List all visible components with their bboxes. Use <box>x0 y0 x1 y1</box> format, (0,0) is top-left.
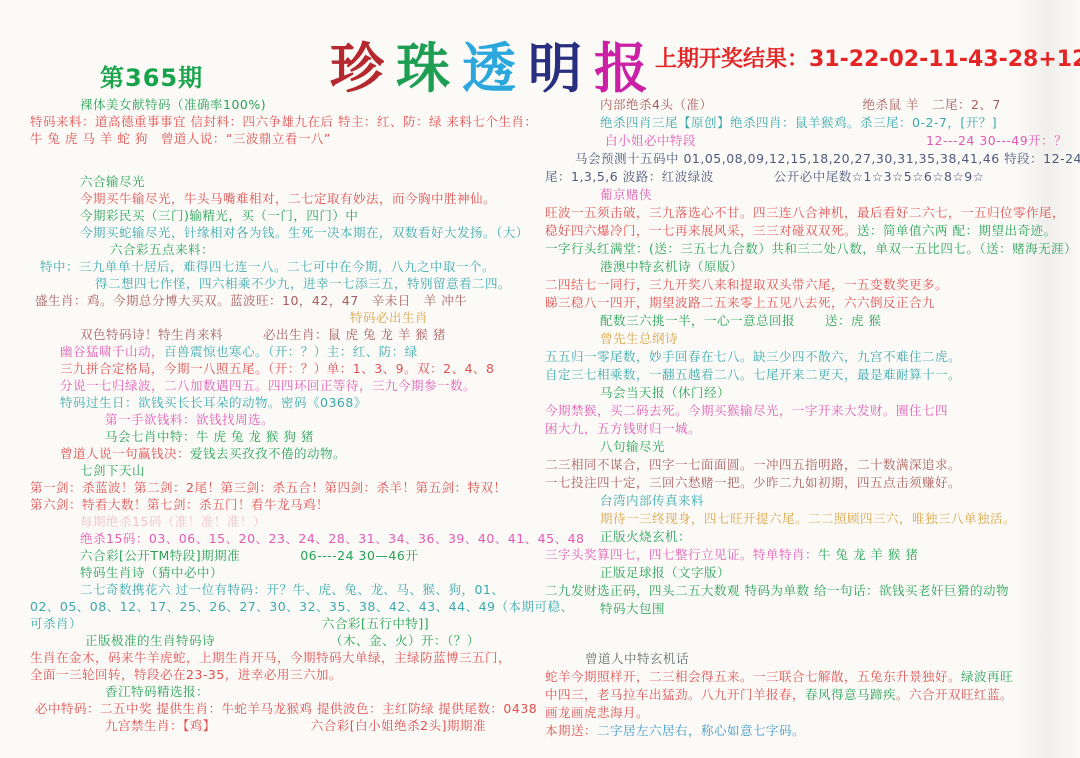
text-line: 全面一三轮回转，特段必在23-35，进幸必用三六加。 <box>30 666 542 683</box>
text-line: 曾道人中特玄机话 <box>545 650 1080 668</box>
text-line: 正版极准的生肖特码诗（木、金、火）开：（？） <box>30 632 542 649</box>
text-line: 稳好四六爆冷门，一七再来展风采，三三对碰双双死。 送：简单值六两 配：期望出奇迹… <box>545 222 1080 240</box>
text-line: 睇三稳八一四开，期望波路二五来零上五见八去死，六六倒反正合九 <box>545 294 1080 312</box>
lottery-tip-sheet: 第365期 珍珠透明报 上期开奖结果：31-22-02-11-43-28+12 … <box>0 0 1080 758</box>
text-line: 马会七肖中特：牛 虎 兔 龙 猴 狗 猪 <box>30 428 542 445</box>
text-line: 可杀肖）六合彩[五行中特]] <box>30 615 542 632</box>
text-line: 幽谷猛啸千山动，百兽震惊也寒心。（开：？）主：红、防：绿 <box>30 343 542 360</box>
text-line: 今期禁猴，买二码去死。今期买猴输尽光，一字开来大发财。圈住七四 <box>545 402 1080 420</box>
text-line: 台湾内部传真来料 <box>545 492 1080 510</box>
title-char: 珠 <box>396 26 450 103</box>
text-line: 每期绝杀15码（准！准！准！） <box>30 513 542 530</box>
text-line: 一字行头红满堂：(送：三五七九合数）共和三二处八数，单双一五比四七。（送：赌海无… <box>545 240 1080 258</box>
text-line: 旺波一五须击破，三九落选心不甘。四三连八合神机，最后看好二六七，一五归位零作尾， <box>545 204 1080 222</box>
text-line: 今期彩民买（三门)输精光，买（一门，四门）中 <box>30 207 542 224</box>
title-char: 珍 <box>330 26 384 103</box>
text-line: 港澳中特玄机诗（原版） <box>545 258 1080 276</box>
text-line: 五五归一零尾数，妙手回春在七八。缺三少四不散六，九宫不难住二虎。 <box>545 348 1080 366</box>
text-line: 双色特码诗！特生肖来料必出生肖：鼠 虎 兔 龙 羊 猴 猪 <box>30 326 542 343</box>
text-line: 八句输尽光 <box>545 438 1080 456</box>
text-line: 马会当天报（休门经） <box>545 384 1080 402</box>
text-line: 第一剑：杀蓝波！第二剑：2尾！第三剑：杀五合！第四剑：杀羊！第五剑：特双！ <box>30 479 542 496</box>
text-line: 尾：1,3,5,6 波路：红波绿波公开必中尾数☆1☆3☆5☆6☆8☆9☆ <box>545 168 1080 186</box>
right-column: 内部绝杀4头（准）绝杀鼠 羊 二尾：2、7绝杀四肖三尾【原创】绝杀四肖：鼠羊猴鸡… <box>545 96 1080 740</box>
text-line: 七剑下天山 <box>30 462 542 479</box>
text-line: 自定三七相乘数，一翻五越看二八。七尾开来二更天，最是难耐算十一。 <box>545 366 1080 384</box>
text-line: 香江特码精选报： <box>30 683 542 700</box>
text-line: 第六剑：特看大数！第七剑：杀五门！看牛龙马鸡！ <box>30 496 542 513</box>
text-line: 葡京赌侠 <box>545 186 1080 204</box>
text-line: 特码生肖诗（猜中必中） <box>30 564 542 581</box>
text-line: 特码来料：道高德重事事宜 信封料：四六争雄九在后 特主：红、防：绿 来料七个生肖… <box>30 113 542 130</box>
title-char: 明 <box>528 26 582 103</box>
text-line: 特码过生日：欲钱买长长耳朵的动物。密码《0368》 <box>30 394 542 411</box>
previous-draw-result: 上期开奖结果：31-22-02-11-43-28+12 <box>655 42 1080 73</box>
text-line: 今期买蛇输尽光，针缘相对各为钱。生死一决本期在，双数看好大发扬。（大） <box>30 224 542 241</box>
text-line: 二四结七一同行，三九开奖八来和提取双头带六尾，一五变数奖更多。 <box>545 276 1080 294</box>
text-line: 分说一七归绿波，二八加数遇四五。四四环回正等待，三九今期参一数。 <box>30 377 542 394</box>
text-line: 绝杀四肖三尾【原创】绝杀四肖：鼠羊猴鸡。杀三尾：0-2-7，[开？] <box>545 114 1080 132</box>
text-line: 蛇羊今期照样开，二三相会得五来。一三联合七解散，五兔东升景独好。绿波再旺 <box>545 668 1080 686</box>
text-line: 02、05、08、12、17、25、26、27、30、32、35、38、42、4… <box>30 598 542 615</box>
text-line: 画龙画虎悲海月。 <box>545 704 1080 722</box>
text-line: 困大九，五方钱财归一城。 <box>545 420 1080 438</box>
text-line: 中四三，老马拉车出猛劲。八九开门羊报春，春风得意马蹄疾。六合开双旺红蓝。 <box>545 686 1080 704</box>
text-line: 白小姐必中特段12---24 30---49开：？ <box>545 132 1080 150</box>
text-line: 内部绝杀4头（准）绝杀鼠 羊 二尾：2、7 <box>545 96 1080 114</box>
text-line: 曾先生总纲诗 <box>545 330 1080 348</box>
text-line: 九宫禁生肖：【鸡】六合彩[白小姐绝杀2头]期期准 <box>30 717 542 734</box>
text-line: 马会预测十五码中 01,05,08,09,12,15,18,20,27,30,3… <box>545 150 1080 168</box>
text-line: 裸体美女献特码（准确率100%) <box>30 96 542 113</box>
text-line: 六合输尽光 <box>30 173 542 190</box>
text-line: 正版足球报（文字版） <box>545 564 1080 582</box>
text-line: 牛 兔 虎 马 羊 蛇 狗 曾道人说：“三波鼎立看一八” <box>30 130 542 147</box>
text-line: 正版火烧玄机： <box>545 528 1080 546</box>
text-line: 本期送：二字居左六居右，称心如意七字码。 <box>545 722 1080 740</box>
text-line: 今期买牛输尽光，牛头马嘴难相对，二七定取有妙法，而今胸中胜神仙。 <box>30 190 542 207</box>
text-line: 特码大包围 <box>545 600 1080 618</box>
text-line: 三字头奖算四七，四七整行立见证。特单特肖：牛 兔 龙 羊 猴 猪 <box>545 546 1080 564</box>
text-line: 期待一三终现身，四七旺开提六尾。二二照顾四三六，唯独三八单独活。 <box>545 510 1080 528</box>
text-line: 盛生肖：鸡。今期总分博大买双。蓝波旺：10，42，47 辛未日 羊 冲牛 <box>30 292 542 309</box>
text-line: 绝杀15码：03、06、15、20、23、24、28、31、34、36、39、4… <box>30 530 542 547</box>
text-line: 二九发财选正码，四头二五大数观 特码为单数 给一句话：欲钱买老奸巨猾的动物 <box>545 582 1080 600</box>
text-line: 曾道人说一句赢钱决：爱钱去买孜孜不倦的动物。 <box>30 445 542 462</box>
issue-number: 第365期 <box>100 58 203 93</box>
left-column: 裸体美女献特码（准确率100%)特码来料：道高德重事事宜 信封料：四六争雄九在后… <box>30 96 542 734</box>
text-line: 二三相同不谋合，四字一七面面圆。一冲四五指明路，二十数满深追求。 <box>545 456 1080 474</box>
text-line: 特中：三九单单十居后，难得四七连一八。二七可中在今期，八九之中取一个。 <box>30 258 542 275</box>
text-line: 一七投注四十定，三回六愁赌一把。少昨二九如初期，四五点击须赚好。 <box>545 474 1080 492</box>
text-line: 第一手欲钱料：欲钱找周选。 <box>30 411 542 428</box>
text-line: 六合彩五点来料： <box>30 241 542 258</box>
text-line: 二七奇数携花六 过一位有特码：开？牛、虎、兔、龙、马、猴、狗，01、 <box>30 581 542 598</box>
text-line: 配数三六挑一半，一心一意总回报送：虎 猴 <box>545 312 1080 330</box>
text-line: 三九拼合定格局，今期一八照五尾。（开：？）单：1、3、9。双：2、4、8 <box>30 360 542 377</box>
title-char: 透 <box>462 26 516 103</box>
text-line: 六合彩[公开TM特段]期期准06----24 30—46开 <box>30 547 542 564</box>
text-line: 必中特码：二五中奖 提供生肖：牛蛇羊马龙猴鸡 提供波色：主红防绿 提供尾数：04… <box>30 700 542 717</box>
text-line: 特码必出生肖 <box>30 309 542 326</box>
text-line: 生肖在金木，码来牛羊虎蛇，上期生肖开马，今期特码大单绿，主绿防蓝博三五门， <box>30 649 542 666</box>
title-char: 报 <box>594 26 648 103</box>
text-line: 得二想四七作怪，四六相乘不少九，进幸一七添三五，特别留意看二四。 <box>30 275 542 292</box>
